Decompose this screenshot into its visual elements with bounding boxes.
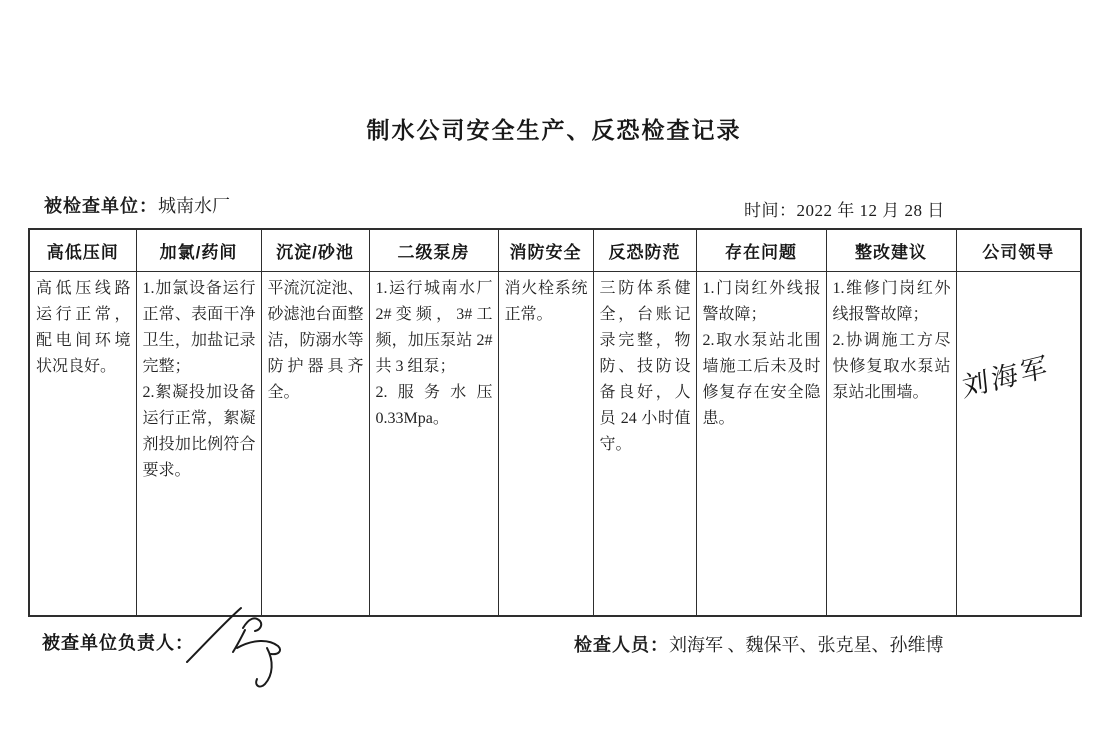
company-leader-signature: 刘海军 xyxy=(960,353,1050,401)
col-header-secondary-pump-house: 二级泵房 xyxy=(369,229,498,271)
inspection-record-table: 高低压间 加氯/药间 沉淀/砂池 二级泵房 消防安全 反恐防范 存在问题 整改建… xyxy=(28,228,1082,617)
col-header-company-leader: 公司领导 xyxy=(956,229,1081,271)
col-header-anti-terrorism: 反恐防范 xyxy=(593,229,696,271)
date-label: 时间： xyxy=(744,201,797,220)
cell-company-leader: 刘海军 xyxy=(956,271,1081,616)
cell-secondary-pump-house: 1.运行城南水厂 2#变频，3#工频，加压泵站 2#共 3 组泵； 2.服务水压… xyxy=(369,271,498,616)
inspected-unit-label: 被检查单位： xyxy=(44,196,158,216)
inspected-unit-value: 城南水厂 xyxy=(158,196,230,216)
document-page: 制水公司安全生产、反恐检查记录 被检查单位：城南水厂 时间：2022 年 12 … xyxy=(0,0,1108,745)
inspection-date: 时间：2022 年 12 月 28 日 xyxy=(744,196,945,221)
cell-existing-problems: 1.门岗红外线报警故障； 2.取水泵站北围墙施工后未及时修复存在安全隐患。 xyxy=(696,271,826,616)
inspectors-label: 检查人员： xyxy=(574,635,669,655)
inspected-unit: 被检查单位：城南水厂 xyxy=(44,192,230,218)
responsible-person-signature xyxy=(183,606,288,701)
document-title: 制水公司安全生产、反恐检查记录 xyxy=(0,112,1108,145)
date-value: 2022 年 12 月 28 日 xyxy=(797,201,945,220)
col-header-rectification-suggestions: 整改建议 xyxy=(826,229,956,271)
col-header-existing-problems: 存在问题 xyxy=(696,229,826,271)
table-body-row: 高低压线路运行正常，配电间环境状况良好。 1.加氯设备运行正常、表面干净卫生，加… xyxy=(29,271,1081,616)
col-header-high-low-voltage-room: 高低压间 xyxy=(29,229,136,271)
responsible-person-label: 被查单位负责人： xyxy=(42,629,194,655)
cell-chlorination-room: 1.加氯设备运行正常、表面干净卫生，加盐记录完整； 2.絮凝投加设备运行正常，絮… xyxy=(136,271,261,616)
cell-sedimentation-sand-pool: 平流沉淀池、砂滤池台面整洁，防溺水等防护器具齐全。 xyxy=(261,271,369,616)
cell-rectification-suggestions: 1.维修门岗红外线报警故障； 2.协调施工方尽快修复取水泵站泵站北围墙。 xyxy=(826,271,956,616)
table-header-row: 高低压间 加氯/药间 沉淀/砂池 二级泵房 消防安全 反恐防范 存在问题 整改建… xyxy=(29,229,1081,271)
cell-fire-safety: 消火栓系统正常。 xyxy=(498,271,593,616)
inspectors: 检查人员：刘海军 、魏保平、张克星、孙维博 xyxy=(574,631,944,657)
col-header-sedimentation-sand-pool: 沉淀/砂池 xyxy=(261,229,369,271)
inspectors-value: 刘海军 、魏保平、张克星、孙维博 xyxy=(669,635,944,655)
cell-high-low-voltage-room: 高低压线路运行正常，配电间环境状况良好。 xyxy=(29,271,136,616)
col-header-fire-safety: 消防安全 xyxy=(498,229,593,271)
col-header-chlorination-room: 加氯/药间 xyxy=(136,229,261,271)
cell-anti-terrorism: 三防体系健全，台账记录完整，物防、技防设备良好，人员 24 小时值守。 xyxy=(593,271,696,616)
